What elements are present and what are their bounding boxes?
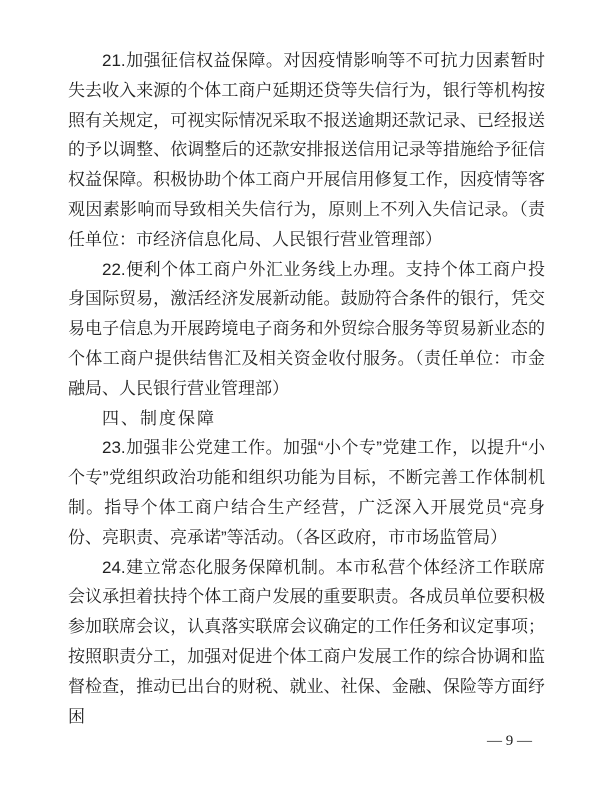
paragraph-23-party-building: 23.加强非公党建工作。加强“小个专”党建工作，以提升“小个专”党组织政治功能和…	[68, 433, 545, 552]
document-body: 21.加强征信权益保障。对因疫情影响等不可抗力因素暂时失去收入来源的个体工商户延…	[68, 46, 545, 731]
paragraph-21-credit-rights-protection: 21.加强征信权益保障。对因疫情影响等不可抗力因素暂时失去收入来源的个体工商户延…	[68, 46, 545, 255]
section-heading-4-institutional-guarantee: 四、制度保障	[68, 404, 545, 434]
paragraph-22-forex-online-services: 22.便利个体工商户外汇业务线上办理。支持个体工商户投身国际贸易，激活经济发展新…	[68, 255, 545, 404]
document-page: 21.加强征信权益保障。对因疫情影响等不可抗力因素暂时失去收入来源的个体工商户延…	[0, 0, 614, 799]
page-number: — 9 —	[487, 732, 532, 750]
paragraph-24-service-guarantee-mechanism: 24.建立常态化服务保障机制。本市私营个体经济工作联席会议承担着扶持个体工商户发…	[68, 553, 545, 732]
